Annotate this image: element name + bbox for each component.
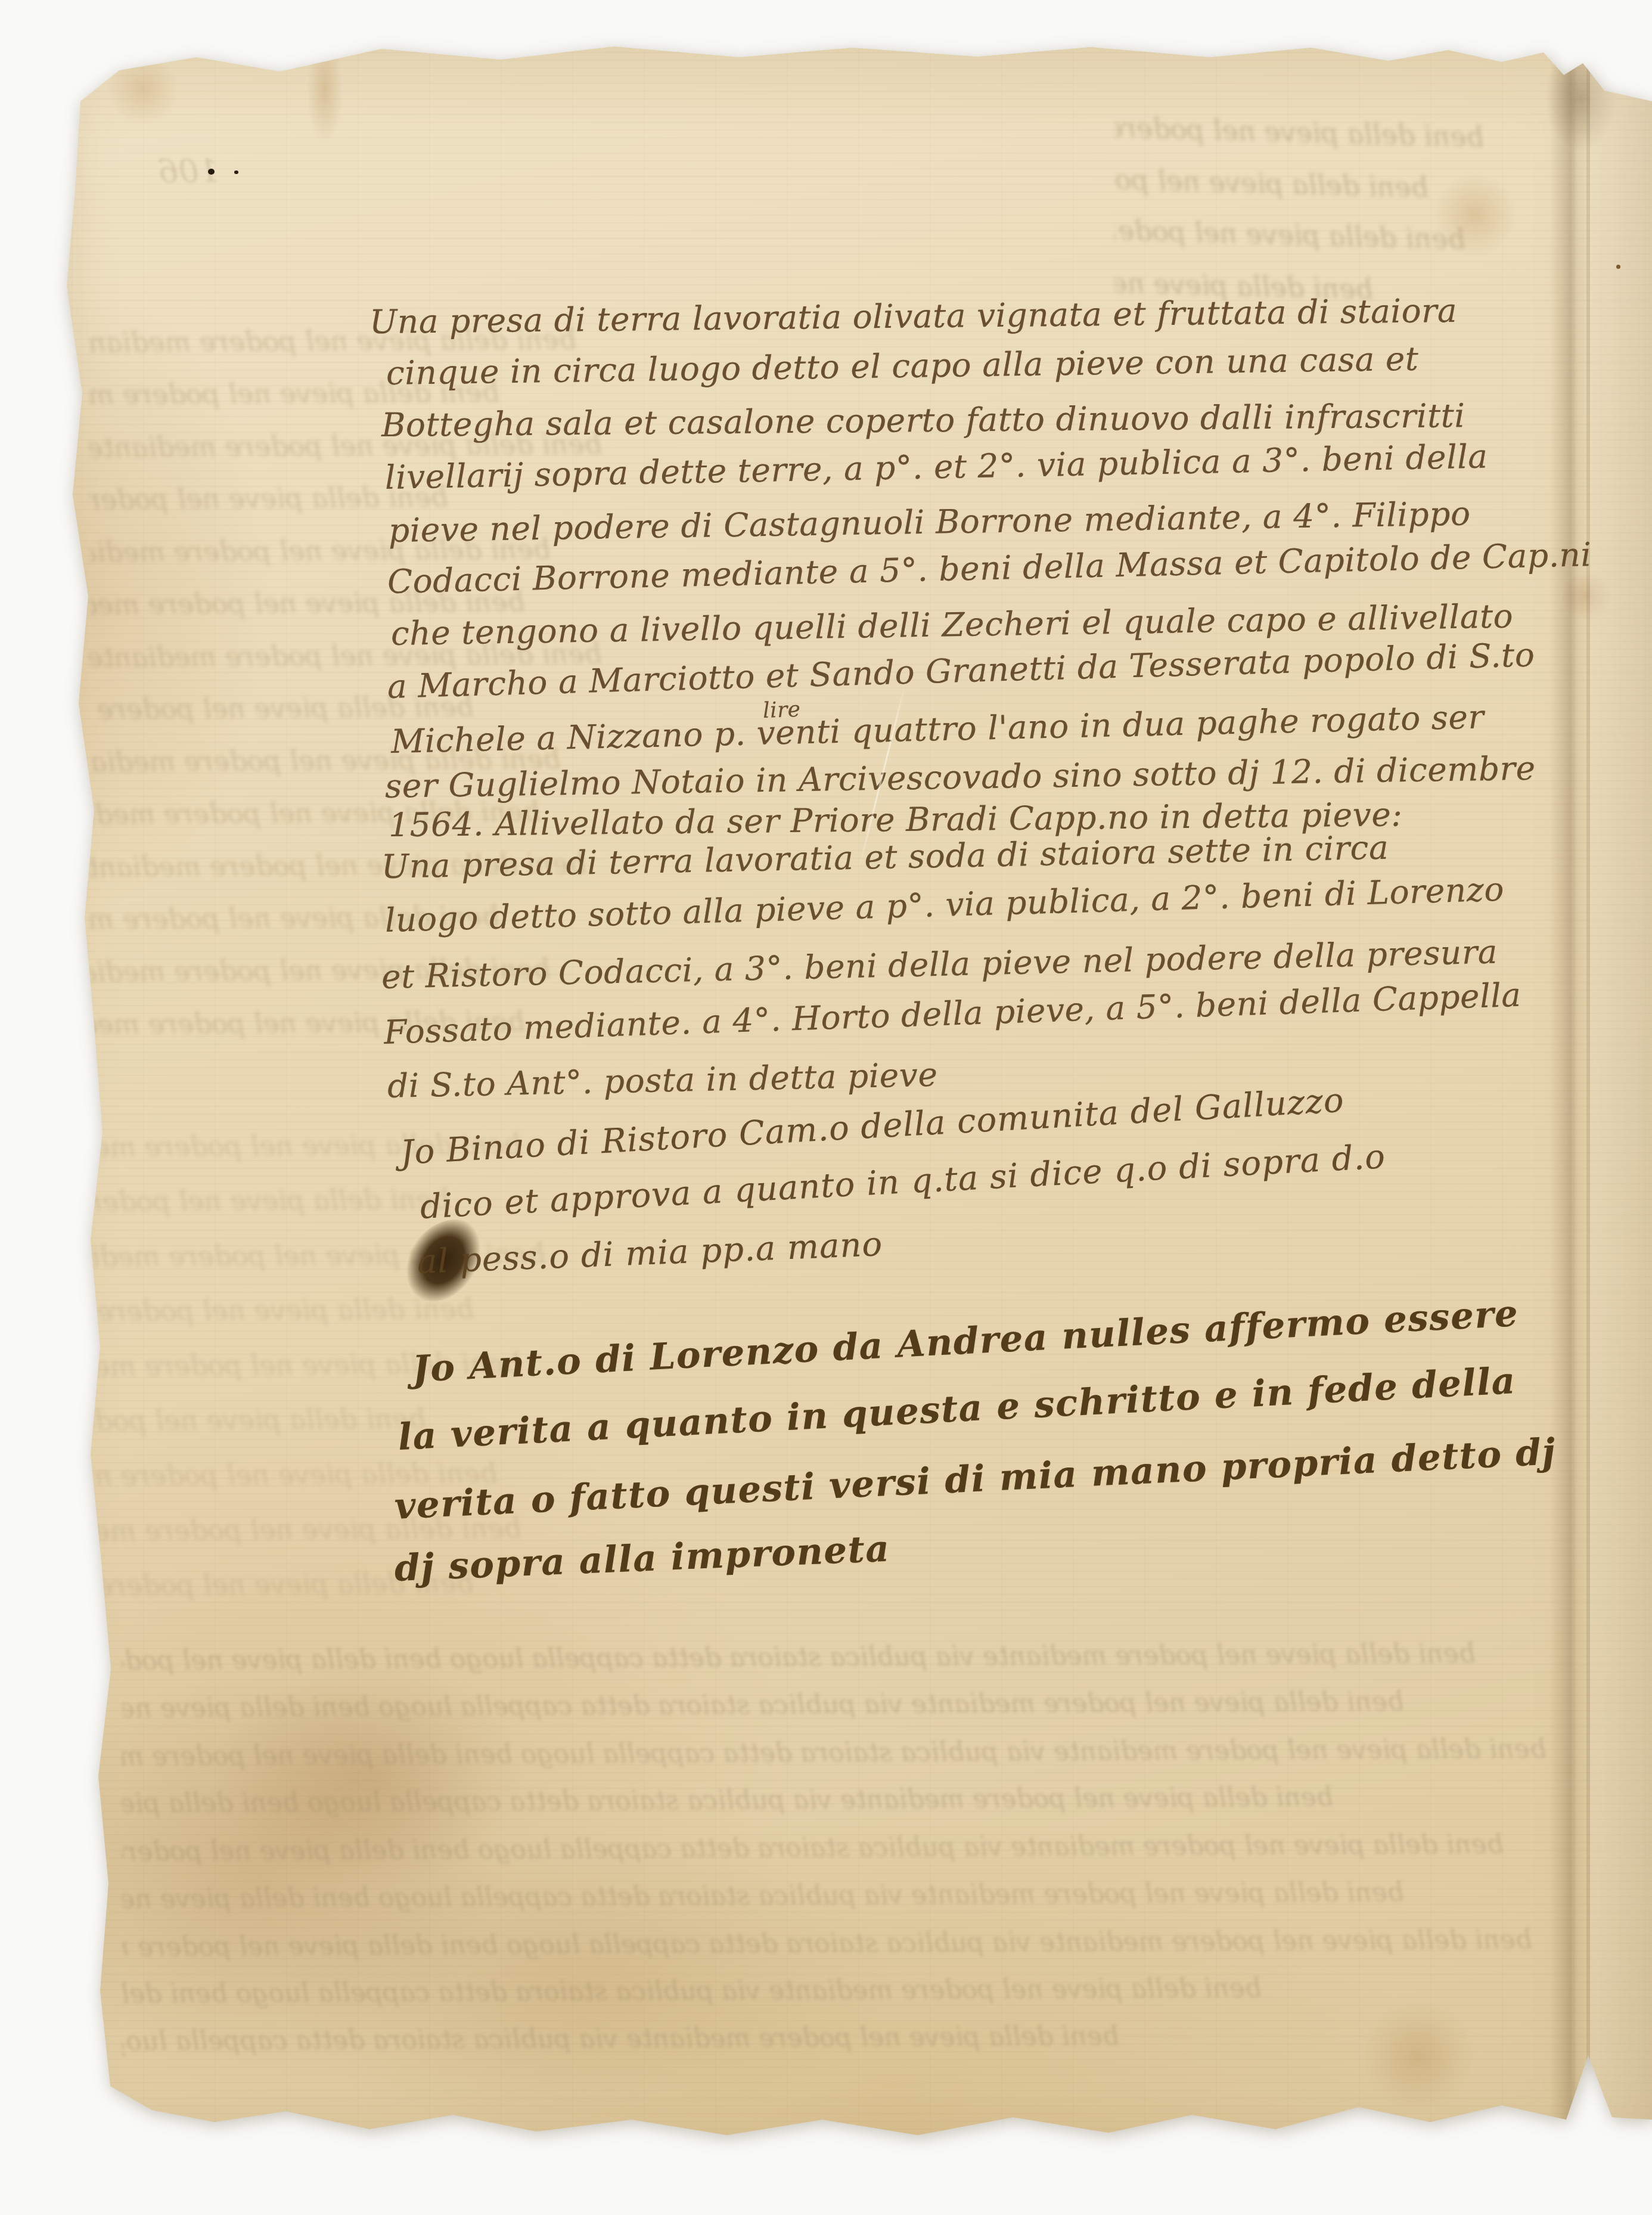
manuscript-page: 106 beni della pieve nel podere mediante… xyxy=(0,0,1652,2215)
verso-bleedthrough-line: beni della pieve nel podere mediante via… xyxy=(122,1734,1547,1775)
verso-bleedthrough-line: beni della pieve nel podere mediante via… xyxy=(122,2021,1119,2059)
verso-bleedthrough-line: beni della pieve nel podere mediante via… xyxy=(122,1877,1404,1916)
scanner-background: 106 beni della pieve nel podere mediante… xyxy=(0,0,1652,2215)
verso-bleedthrough-line: beni della pieve nel podere mediante via… xyxy=(122,1639,1476,1679)
fold-crease xyxy=(1549,0,1588,2215)
verso-bleedthrough-line: beni della pieve nel podere mediante via… xyxy=(92,1403,426,1439)
verso-bleedthrough-line: beni della pieve nel podere mediante via… xyxy=(92,1293,474,1330)
verso-bleedthrough-line: beni della pieve nel podere mediante via… xyxy=(122,1686,1404,1726)
second-leaf-edge xyxy=(1586,0,1652,2215)
manuscript-line: Bottegha sala et casalone coperto fatto … xyxy=(381,396,1465,444)
ink-speck xyxy=(1616,265,1620,269)
interlinear-insertion: lire xyxy=(762,697,801,723)
verso-bleedthrough-line: beni della pieve nel podere mediante via… xyxy=(92,1183,450,1220)
verso-bleedthrough-line: beni della pieve nel podere mediante via… xyxy=(1114,214,1465,258)
verso-bleedthrough-line: beni della pieve nel podere mediante via… xyxy=(122,1782,1333,1822)
verso-bleedthrough-line: beni della pieve nel podere mediante via… xyxy=(1114,163,1429,206)
verso-bleedthrough-line: beni della pieve nel podere mediante via… xyxy=(122,1973,1262,2012)
manuscript-line: Una presa di terra lavoratia olivata vig… xyxy=(369,291,1458,341)
manuscript-line: di S.to Ant°. posta in detta pieve xyxy=(387,1056,938,1105)
verso-bleedthrough-line: beni della pieve nel podere mediante via… xyxy=(122,1829,1504,1869)
paper-shadow-wrap: 106 beni della pieve nel podere mediante… xyxy=(0,0,1652,2215)
ink-speck xyxy=(208,169,215,175)
verso-bleedthrough-line: beni della pieve nel podere mediante via… xyxy=(122,1925,1532,1965)
verso-bleedthrough-line: beni della pieve nel podere mediante via… xyxy=(1114,111,1484,156)
ink-speck xyxy=(234,170,238,174)
manuscript-line: al pess.o di mia pp.a mano xyxy=(417,1225,884,1282)
manuscript-line: Michele a Nizzano p. venti quattro l'ano… xyxy=(390,697,1485,761)
